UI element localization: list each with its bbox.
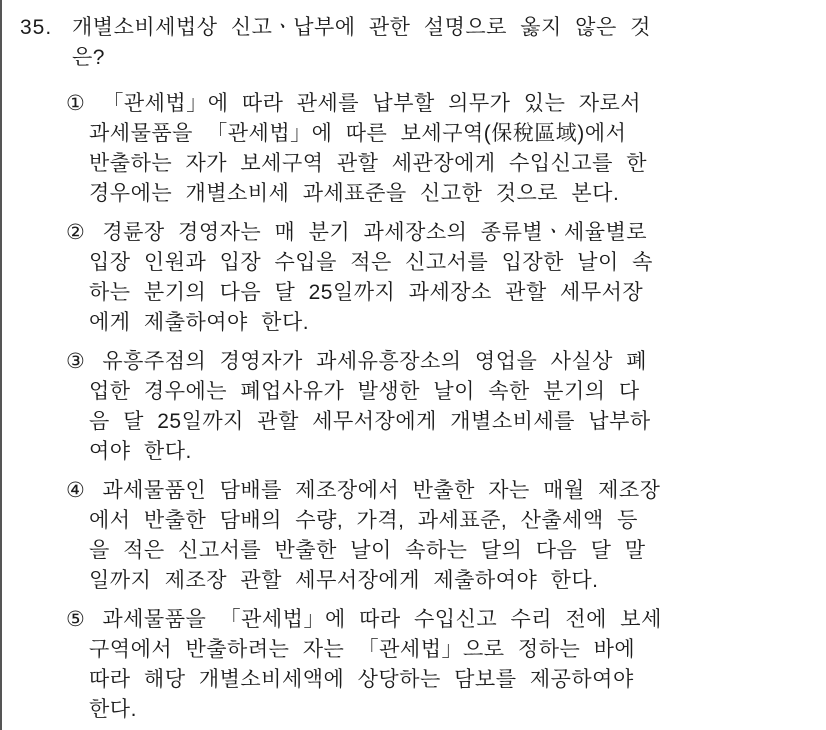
option-text-line: 과세물품을 「관세법」에 따른 보세구역(保稅區域)에서 [89, 119, 818, 149]
option-text-line: 에서 반출한 담배의 수량, 가격, 과세표준, 산출세액 등 [89, 506, 818, 536]
question-text-line: 은? [72, 43, 818, 73]
option-text-line: 반출하는 자가 보세구역 관할 세관장에게 수입신고를 한 [89, 149, 818, 179]
option-first-line: ⑤ 과세물품을 「관세법」에 따라 수입신고 수리 전에 보세 [55, 605, 818, 635]
option-text-line: 업한 경우에는 폐업사유가 발생한 날이 속한 분기의 다 [89, 377, 818, 407]
option-first-line: ① 「관세법」에 따라 관세를 납부할 의무가 있는 자로서 [55, 89, 818, 119]
option-text-line: 따라 해당 개별소비세액에 상당하는 담보를 제공하여야 [89, 665, 818, 695]
option-text-line: 을 적은 신고서를 반출한 날이 속하는 달의 다음 달 말 [89, 536, 818, 566]
option-marker-2: ② [55, 218, 89, 248]
option-item-2: ② 경륜장 경영자는 매 분기 과세장소의 종류별ㆍ세율별로 입장 인원과 입장… [89, 218, 818, 338]
option-text-line: 유흥주점의 경영자가 과세유흥장소의 영업을 사실상 폐 [102, 350, 647, 373]
option-text-line: 일까지 제조장 관할 세무서장에게 제출하여야 한다. [89, 566, 818, 596]
option-marker-5: ⑤ [55, 605, 89, 635]
option-marker-4: ④ [55, 476, 89, 506]
option-first-line: ③ 유흥주점의 경영자가 과세유흥장소의 영업을 사실상 폐 [55, 347, 818, 377]
option-text-line: 입장 인원과 입장 수입을 적은 신고서를 입장한 날이 속 [89, 248, 818, 278]
question-text-line: 개별소비세법상 신고ㆍ납부에 관한 설명으로 옳지 않은 것 [72, 16, 651, 39]
question-block: 35.개별소비세법상 신고ㆍ납부에 관한 설명으로 옳지 않은 것 은? [72, 13, 818, 73]
option-first-line: ④ 과세물품인 담배를 제조장에서 반출한 자는 매월 제조장 [55, 476, 818, 506]
option-text-line: 「관세법」에 따라 관세를 납부할 의무가 있는 자로서 [102, 92, 641, 115]
option-item-1: ① 「관세법」에 따라 관세를 납부할 의무가 있는 자로서 과세물품을 「관세… [89, 89, 818, 209]
option-item-3: ③ 유흥주점의 경영자가 과세유흥장소의 영업을 사실상 폐 업한 경우에는 폐… [89, 347, 818, 467]
option-marker-1: ① [55, 89, 89, 119]
exam-page: 35.개별소비세법상 신고ㆍ납부에 관한 설명으로 옳지 않은 것 은? ① 「… [0, 0, 826, 730]
option-text-line: 여야 한다. [89, 437, 818, 467]
question-first-line: 35.개별소비세법상 신고ㆍ납부에 관한 설명으로 옳지 않은 것 [2, 13, 818, 43]
option-text-line: 하는 분기의 다음 달 25일까지 과세장소 관할 세무서장 [89, 278, 818, 308]
option-text-line: 음 달 25일까지 관할 세무서장에게 개별소비세를 납부하 [89, 407, 818, 437]
option-text-line: 과세물품인 담배를 제조장에서 반출한 자는 매월 제조장 [102, 479, 660, 502]
option-text-line: 구역에서 반출하려는 자는 「관세법」으로 정하는 바에 [89, 635, 818, 665]
option-text-line: 과세물품을 「관세법」에 따라 수입신고 수리 전에 보세 [102, 608, 662, 631]
option-first-line: ② 경륜장 경영자는 매 분기 과세장소의 종류별ㆍ세율별로 [55, 218, 818, 248]
option-text-line: 경우에는 개별소비세 과세표준을 신고한 것으로 본다. [89, 179, 818, 209]
option-item-4: ④ 과세물품인 담배를 제조장에서 반출한 자는 매월 제조장 에서 반출한 담… [89, 476, 818, 596]
question-number: 35. [2, 13, 72, 43]
option-text-line: 에게 제출하여야 한다. [89, 308, 818, 338]
option-item-5: ⑤ 과세물품을 「관세법」에 따라 수입신고 수리 전에 보세 구역에서 반출하… [89, 605, 818, 725]
option-marker-3: ③ [55, 347, 89, 377]
option-text-line: 경륜장 경영자는 매 분기 과세장소의 종류별ㆍ세율별로 [102, 221, 647, 244]
option-text-line: 한다. [89, 695, 818, 725]
